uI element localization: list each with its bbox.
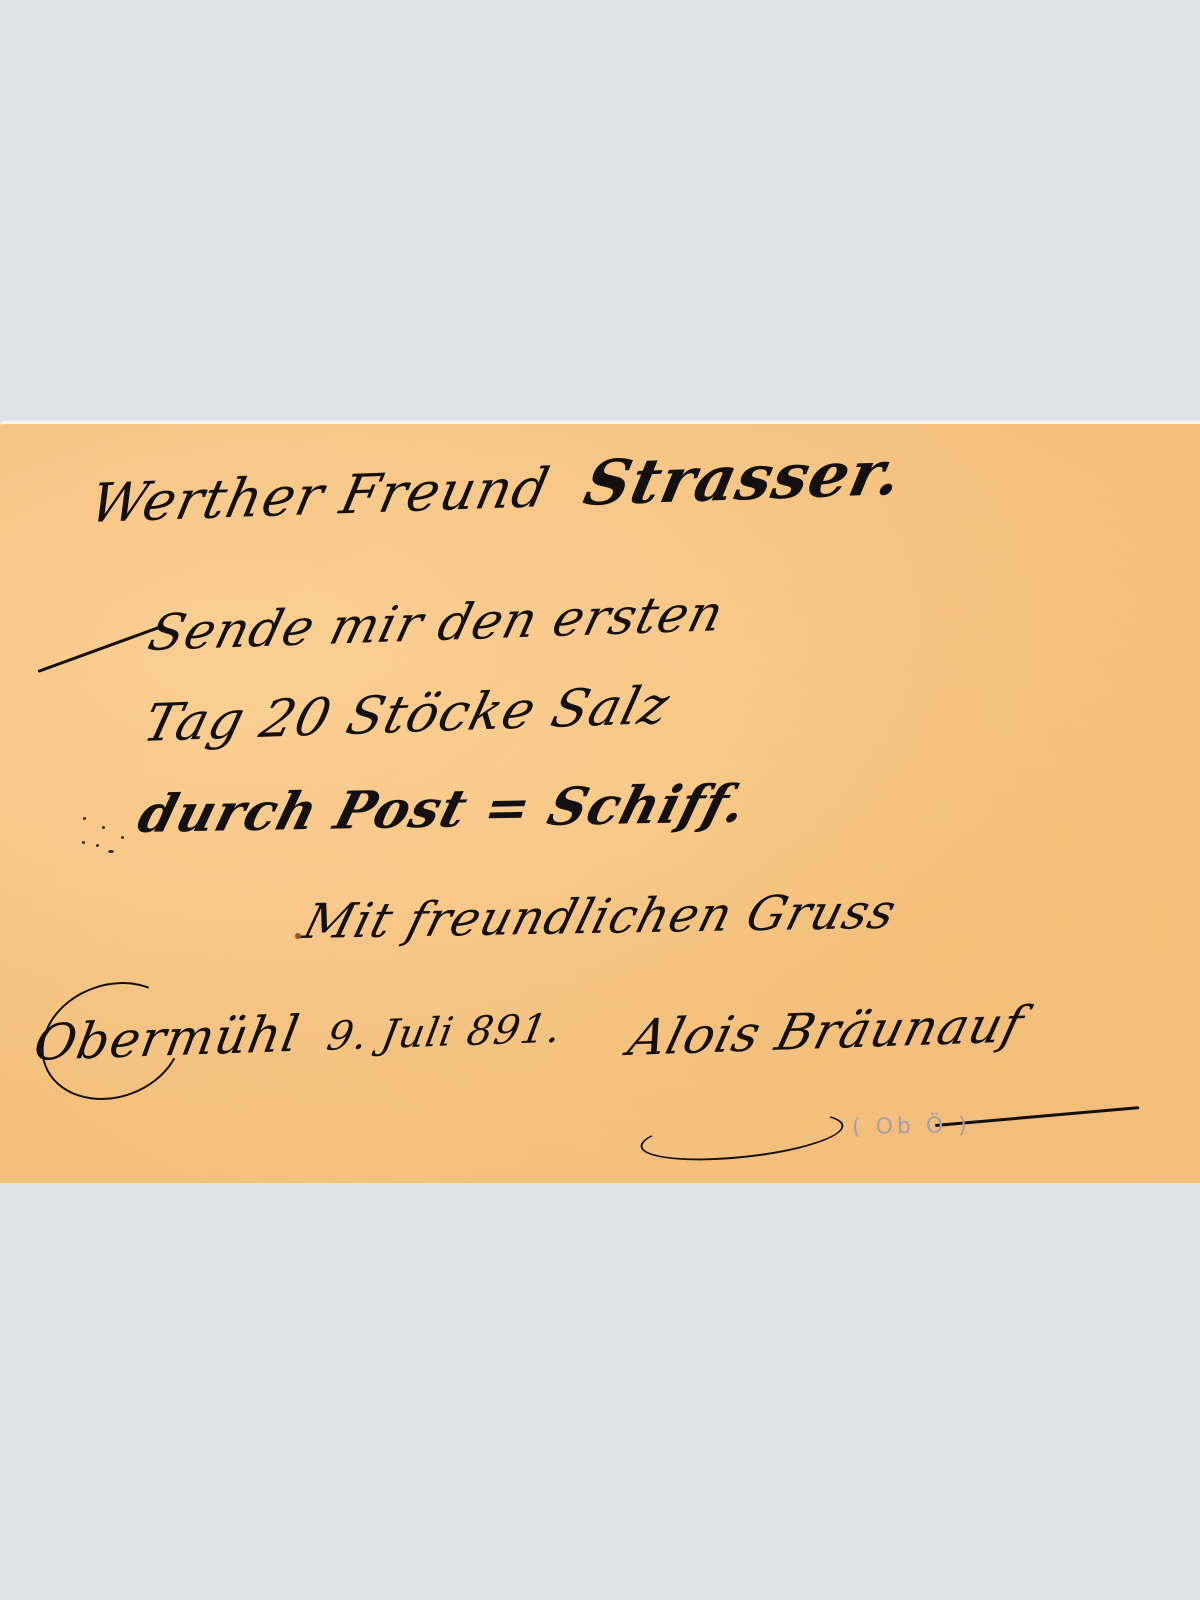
signature-flourish [638, 1103, 845, 1168]
signature: Alois Bräunauf [623, 995, 1030, 1067]
postcard: Werther Freund Strasser. Sende mir den e… [0, 421, 1200, 1183]
salutation: Werther Freund [85, 456, 556, 535]
date: 9. Juli 891. [323, 1006, 565, 1060]
recipient-name: Strasser. [578, 436, 909, 520]
closing-line: Mit freundlichen Gruss [297, 884, 902, 950]
body-line-2: Tag 20 Stöcke Salz [137, 676, 676, 754]
place: Obermühl [30, 1005, 304, 1072]
body-line-3: durch Post = Schiff. [132, 773, 754, 845]
salutation-line: Werther Freund Strasser. [84, 436, 909, 537]
paper-stain [295, 933, 301, 939]
archival-pencil-note: ( Ob Ö ) [852, 1113, 971, 1140]
lead-in-pen-stroke [37, 626, 160, 673]
body-line-1: Sende mir den ersten [143, 584, 730, 662]
